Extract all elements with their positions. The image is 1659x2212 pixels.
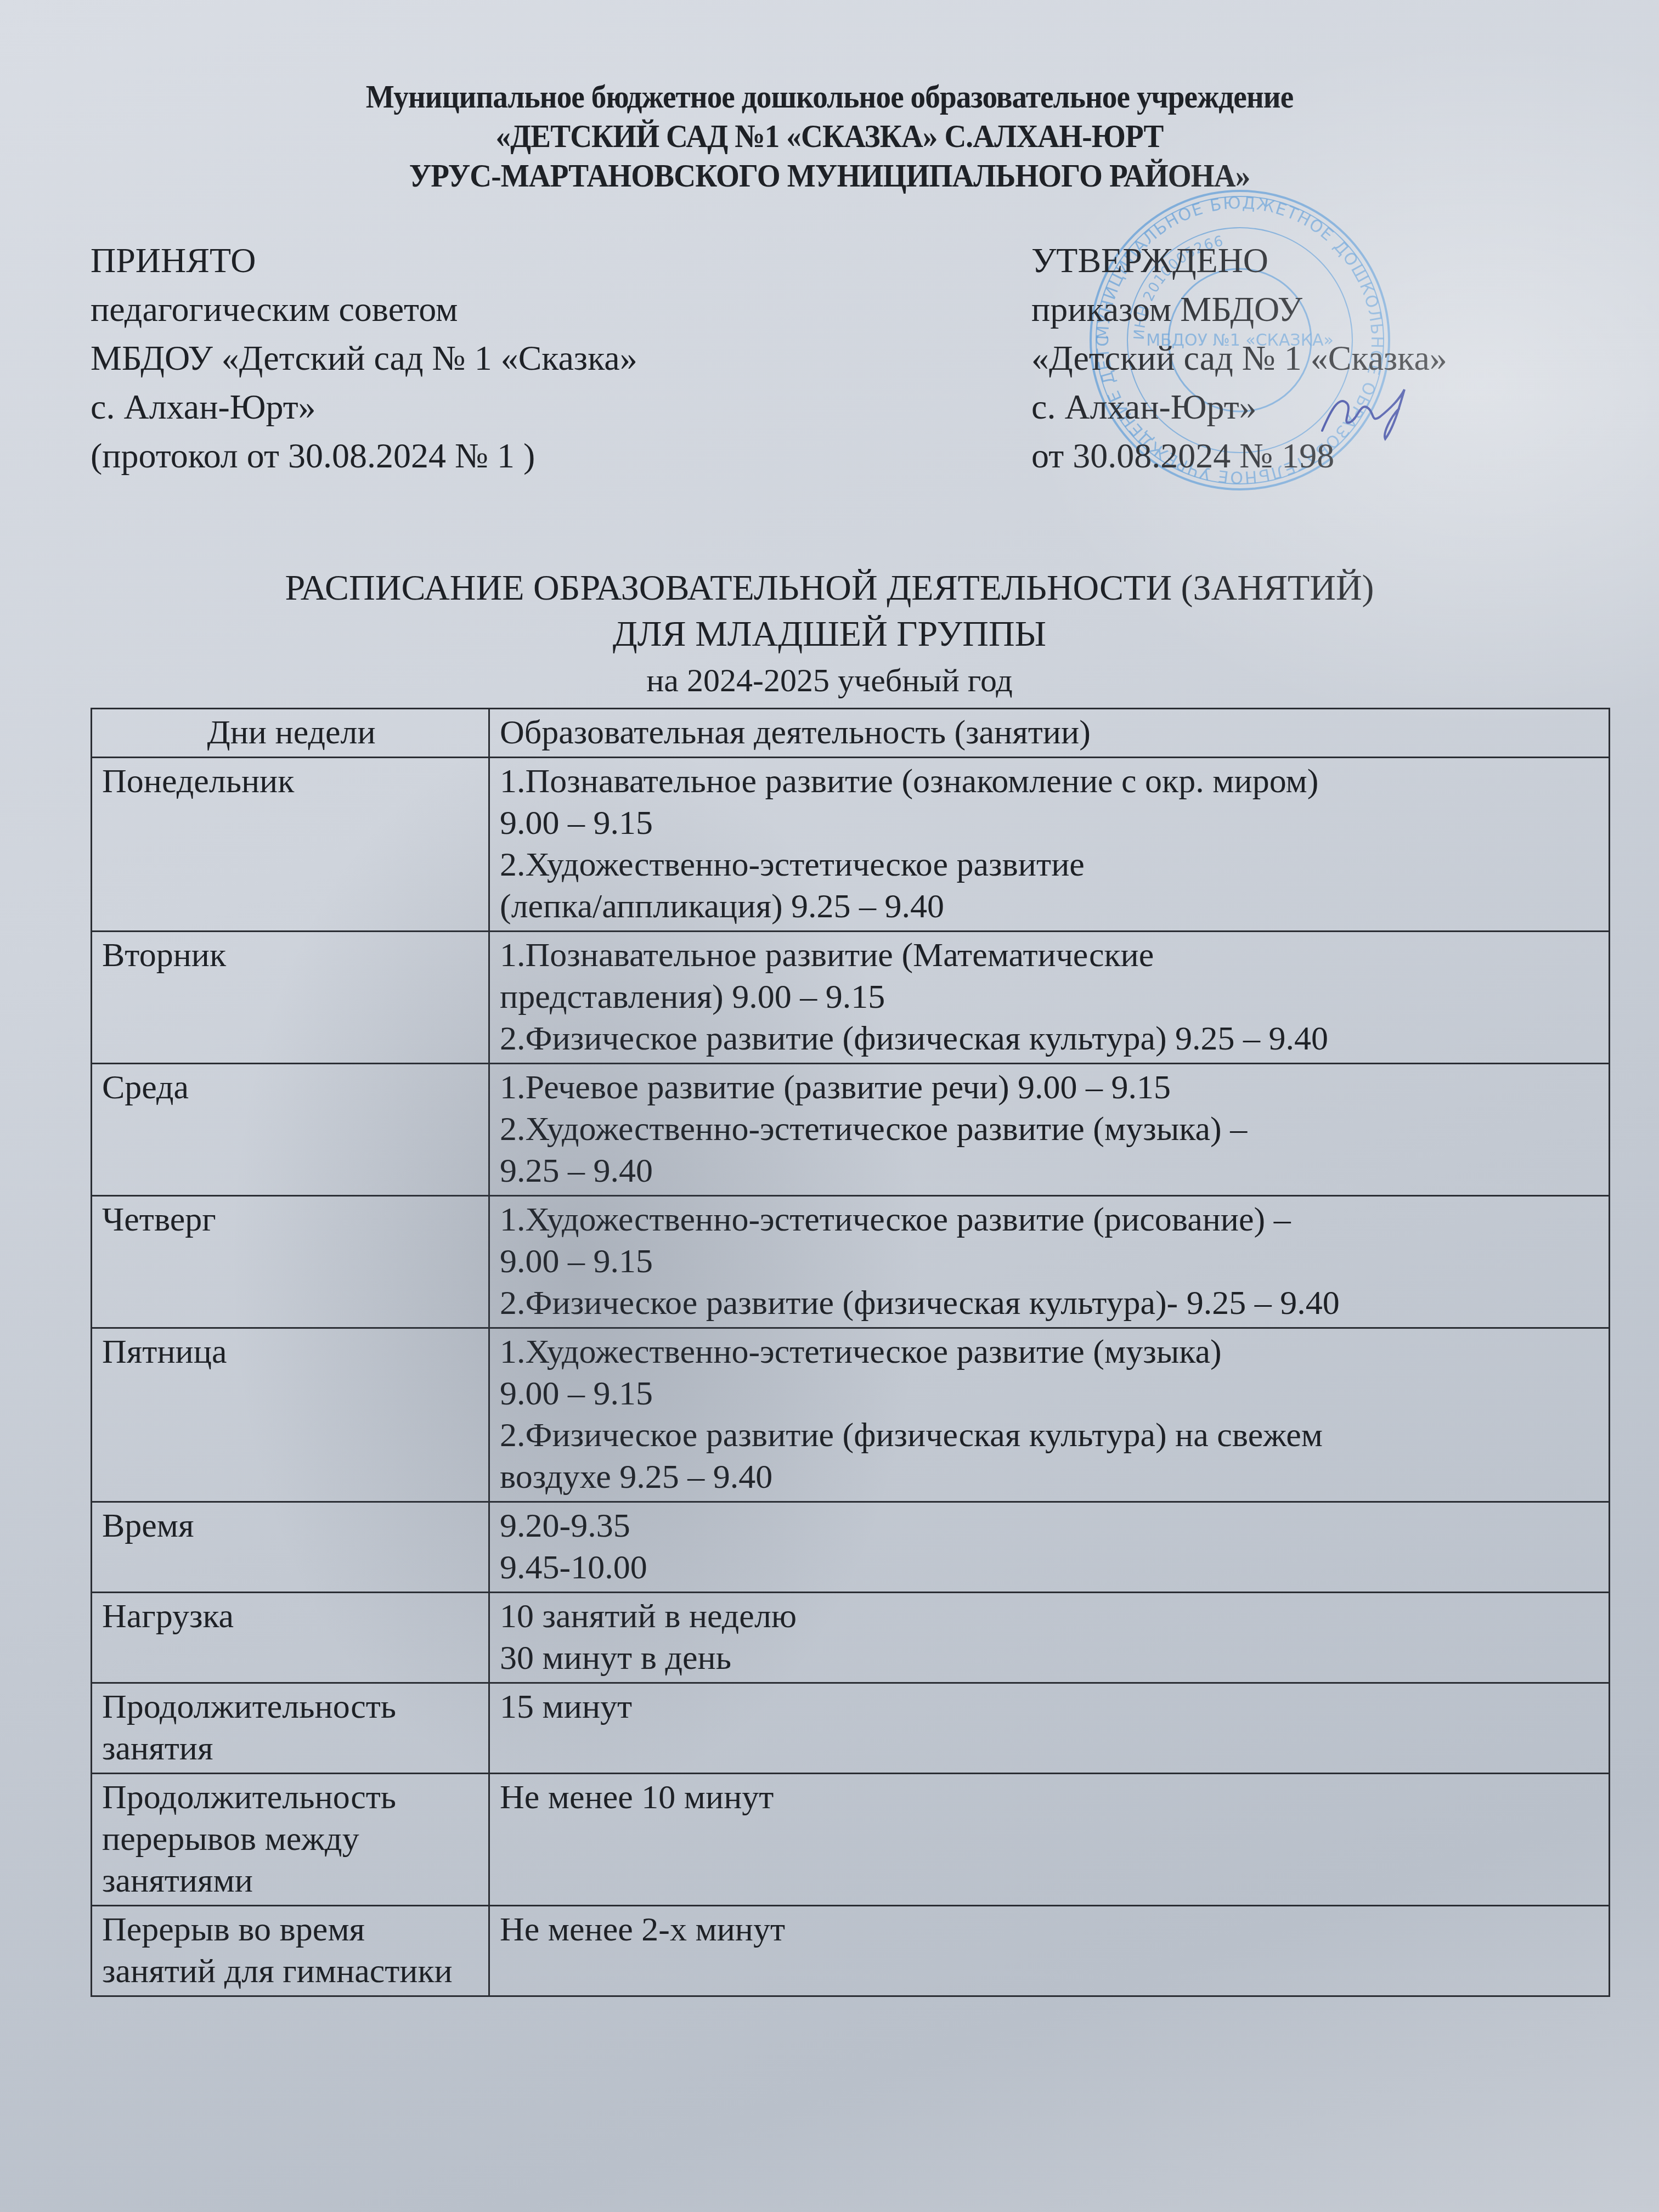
approved-line: приказом МБДОУ <box>1031 285 1447 334</box>
activity-line: 2.Физическое развитие (физическая культу… <box>500 1018 1601 1059</box>
org-header-line-1: Муниципальное бюджетное дошкольное образ… <box>66 77 1593 116</box>
activity-line: 2.Художественно-эстетическое развитие (м… <box>500 1108 1601 1150</box>
row-activities: 1.Художественно-эстетическое развитие (м… <box>489 1328 1610 1502</box>
row-activities: Не менее 10 минут <box>489 1774 1610 1906</box>
activity-line: 9.25 – 9.40 <box>500 1150 1601 1192</box>
accepted-line: МБДОУ «Детский сад № 1 «Сказка» <box>91 334 637 382</box>
schedule-title: РАСПИСАНИЕ ОБРАЗОВАТЕЛЬНОЙ ДЕЯТЕЛЬНОСТИ … <box>0 565 1659 703</box>
row-activities: 1.Художественно-эстетическое развитие (р… <box>489 1196 1610 1328</box>
table-row: Продолжительность занятия15 минут <box>92 1683 1610 1774</box>
accepted-block: ПРИНЯТО педагогическим советом МБДОУ «Де… <box>91 236 637 480</box>
document-page: Муниципальное бюджетное дошкольное образ… <box>0 0 1659 2212</box>
schedule-title-line-2: ДЛЯ МЛАДШЕЙ ГРУППЫ <box>0 611 1659 657</box>
row-activities: 9.20-9.359.45-10.00 <box>489 1502 1610 1593</box>
organization-header: Муниципальное бюджетное дошкольное образ… <box>0 77 1659 195</box>
row-label: Вторник <box>92 932 489 1064</box>
row-label: Перерыв во время занятий для гимнастики <box>92 1906 489 1996</box>
org-header-line-3: УРУС-МАРТАНОВСКОГО МУНИЦИПАЛЬНОГО РАЙОНА… <box>66 156 1593 195</box>
approved-line: «Детский сад № 1 «Сказка» <box>1031 334 1447 382</box>
activity-line: 2.Физическое развитие (физическая культу… <box>500 1282 1601 1324</box>
column-header-days: Дни недели <box>92 709 489 758</box>
activity-line: 30 минут в день <box>500 1637 1601 1679</box>
row-activities: 15 минут <box>489 1683 1610 1774</box>
org-header-line-2: «ДЕТСКИЙ САД №1 «СКАЗКА» С.АЛХАН-ЮРТ <box>66 116 1593 156</box>
activity-line: 1.Художественно-эстетическое развитие (м… <box>500 1331 1601 1373</box>
table-row: Среда1.Речевое развитие (развитие речи) … <box>92 1064 1610 1196</box>
table-row: Понедельник1.Познавательное развитие (оз… <box>92 758 1610 932</box>
column-header-activities: Образовательная деятельность (занятии) <box>489 709 1610 758</box>
row-label: Пятница <box>92 1328 489 1502</box>
activity-line: 9.00 – 9.15 <box>500 802 1601 844</box>
activity-line: представления) 9.00 – 9.15 <box>500 976 1601 1018</box>
activity-line: воздухе 9.25 – 9.40 <box>500 1456 1601 1498</box>
row-activities: 1.Речевое развитие (развитие речи) 9.00 … <box>489 1064 1610 1196</box>
row-activities: 1.Познавательное развитие (ознакомление … <box>489 758 1610 932</box>
activity-line: 1.Познавательное развитие (Математически… <box>500 934 1601 976</box>
activity-line: 9.20-9.35 <box>500 1505 1601 1547</box>
table-header-row: Дни недели Образовательная деятельность … <box>92 709 1610 758</box>
activity-line: 15 минут <box>500 1686 1601 1728</box>
activity-line: 9.00 – 9.15 <box>500 1373 1601 1414</box>
table-row: Продолжительность перерывов между заняти… <box>92 1774 1610 1906</box>
activity-line: Не менее 10 минут <box>500 1776 1601 1818</box>
accepted-heading: ПРИНЯТО <box>91 236 637 285</box>
activity-line: 1.Речевое развитие (развитие речи) 9.00 … <box>500 1066 1601 1108</box>
row-label: Нагрузка <box>92 1593 489 1683</box>
schedule-table: Дни недели Образовательная деятельность … <box>91 708 1610 1997</box>
approved-heading: УТВЕРЖДЕНО <box>1031 236 1447 285</box>
approved-line: с. Алхан-Юрт» <box>1031 382 1447 431</box>
activity-line: (лепка/аппликация) 9.25 – 9.40 <box>500 885 1601 927</box>
row-label: Продолжительность перерывов между заняти… <box>92 1774 489 1906</box>
academic-year: на 2024-2025 учебный год <box>0 657 1659 703</box>
accepted-line: с. Алхан-Юрт» <box>91 382 637 431</box>
table-row: Четверг1.Художественно-эстетическое разв… <box>92 1196 1610 1328</box>
activity-line: 1.Познавательное развитие (ознакомление … <box>500 760 1601 802</box>
row-activities: 10 занятий в неделю30 минут в день <box>489 1593 1610 1683</box>
table-row: Перерыв во время занятий для гимнастикиН… <box>92 1906 1610 1996</box>
row-label: Время <box>92 1502 489 1593</box>
activity-line: Не менее 2-х минут <box>500 1909 1601 1950</box>
activity-line: 9.45-10.00 <box>500 1547 1601 1588</box>
schedule-title-line-1: РАСПИСАНИЕ ОБРАЗОВАТЕЛЬНОЙ ДЕЯТЕЛЬНОСТИ … <box>0 565 1659 611</box>
activity-line: 10 занятий в неделю <box>500 1595 1601 1637</box>
activity-line: 9.00 – 9.15 <box>500 1240 1601 1282</box>
row-label: Продолжительность занятия <box>92 1683 489 1774</box>
approved-line: от 30.08.2024 № 198 <box>1031 431 1447 480</box>
table-row: Вторник1.Познавательное развитие (Матема… <box>92 932 1610 1064</box>
row-activities: Не менее 2-х минут <box>489 1906 1610 1996</box>
accepted-line: педагогическим советом <box>91 285 637 334</box>
table-row: Нагрузка10 занятий в неделю30 минут в де… <box>92 1593 1610 1683</box>
approved-block: УТВЕРЖДЕНО приказом МБДОУ «Детский сад №… <box>1031 236 1447 480</box>
activity-line: 2.Художественно-эстетическое развитие <box>500 844 1601 885</box>
table-row: Пятница1.Художественно-эстетическое разв… <box>92 1328 1610 1502</box>
row-activities: 1.Познавательное развитие (Математически… <box>489 932 1610 1064</box>
activity-line: 2.Физическое развитие (физическая культу… <box>500 1414 1601 1456</box>
activity-line: 1.Художественно-эстетическое развитие (р… <box>500 1199 1601 1240</box>
row-label: Четверг <box>92 1196 489 1328</box>
row-label: Понедельник <box>92 758 489 932</box>
table-row: Время9.20-9.359.45-10.00 <box>92 1502 1610 1593</box>
row-label: Среда <box>92 1064 489 1196</box>
accepted-line: (протокол от 30.08.2024 № 1 ) <box>91 431 637 480</box>
